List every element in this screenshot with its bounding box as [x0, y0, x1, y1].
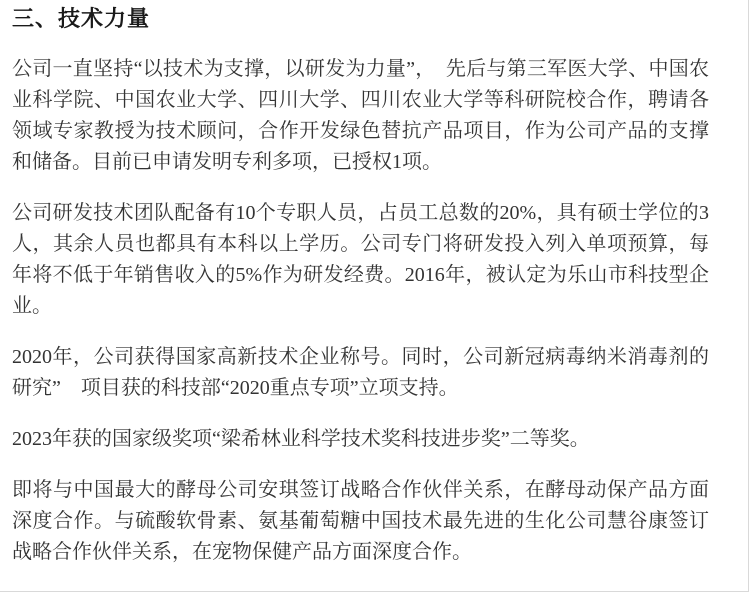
- paragraph: 2020年，公司获得国家高新技术企业称号。同时，公司新冠病毒纳米消毒剂的研究” …: [12, 342, 709, 404]
- paragraph: 即将与中国最大的酵母公司安琪签订战略合作伙伴关系，在酵母动保产品方面深度合作。与…: [12, 475, 709, 568]
- section-heading: 三、技术力量: [12, 5, 709, 32]
- paragraph: 2023年获的国家级奖项“梁希林业科学技术奖科技进步奖”二等奖。: [12, 424, 709, 455]
- paragraph: 公司研发技术团队配备有10个专职人员，占员工总数的20%，具有硕士学位的3人，其…: [12, 198, 709, 322]
- document-page: 三、技术力量 公司一直坚持“以技术为支撑，以研发为力量”， 先后与第三军医大学、…: [0, 0, 749, 592]
- paragraph: 公司一直坚持“以技术为支撑，以研发为力量”， 先后与第三军医大学、中国农业科学院…: [12, 54, 709, 178]
- document-body: 公司一直坚持“以技术为支撑，以研发为力量”， 先后与第三军医大学、中国农业科学院…: [12, 54, 709, 568]
